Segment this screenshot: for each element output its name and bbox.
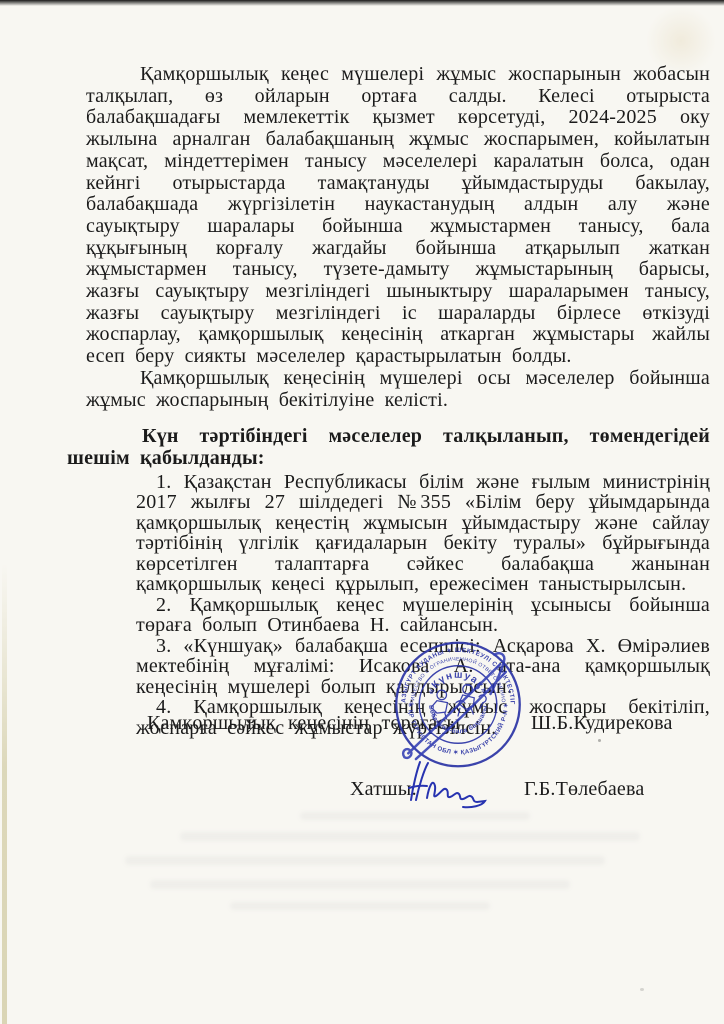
page-bleed-mark [300,812,530,820]
scanner-edge-left [2,0,7,1024]
page-bleed-mark [125,856,605,865]
page-bleed-mark [180,832,640,841]
paper-speck [640,988,644,991]
paragraph-discussion: Қамқоршылық кеңес мүшелері жұмыс жоспары… [86,64,710,368]
secretary-name: Г.Б.Төлебаева [524,778,644,801]
page-bleed-mark [150,880,570,889]
scanned-document-page: Қамқоршылық кеңес мүшелері жұмыс жоспары… [0,0,724,1024]
paragraph-agreement: Қамқоршылық кеңесінің мүшелері осы мәсел… [86,368,710,411]
secretary-signature-stroke [403,754,491,810]
resolution-heading: Күн тәртібіндегі мәселелер талқыланып, т… [67,426,710,469]
paper-speck [598,739,601,742]
decision-item-1: 1. Қазақстан Республикасы білім және ғыл… [136,472,710,595]
chairman-name: Ш.Б.Кудирекова [531,712,673,735]
decision-item-2: 2. Қамқоршылық кеңес мүшелерінің ұсынысы… [136,595,710,636]
page-bleed-mark [230,902,490,910]
scanner-edge-top [0,0,724,6]
